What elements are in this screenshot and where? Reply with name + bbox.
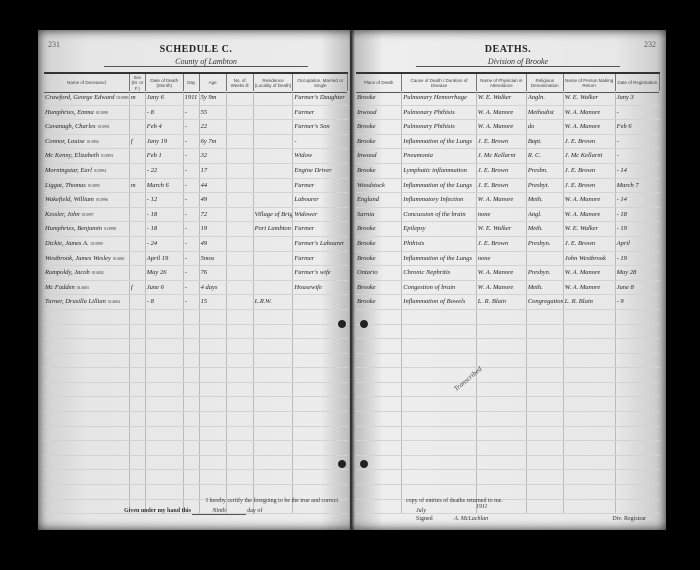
cell-informant: J. E. Brown xyxy=(564,237,616,251)
cell-name: Dickie, James A.013999 xyxy=(44,237,130,251)
empty-cell xyxy=(402,310,477,324)
empty-row xyxy=(356,397,660,412)
year: - xyxy=(185,182,187,189)
column-headers: Place of DeathCause of Death / Duration … xyxy=(356,72,660,93)
month: May 26 xyxy=(147,269,167,276)
empty-cell xyxy=(44,383,130,397)
cell-residence xyxy=(254,149,294,163)
sex: f xyxy=(131,284,133,291)
cell-place: Brooke xyxy=(356,120,402,134)
table-row: Crawford, George Edward013989mJany 61911… xyxy=(44,91,348,106)
empty-cell xyxy=(130,339,146,353)
empty-cell xyxy=(527,412,564,426)
empty-cell xyxy=(44,354,130,368)
cell-age: 6y 7m xyxy=(200,135,227,149)
month: Feb 4 xyxy=(147,123,162,130)
year: - xyxy=(185,225,187,232)
empty-cell xyxy=(130,383,146,397)
cell-year: 1911 xyxy=(184,91,200,105)
empty-cell xyxy=(200,325,227,339)
empty-cell xyxy=(616,412,660,426)
empty-cell xyxy=(402,456,477,470)
cell-sex: f xyxy=(130,135,146,149)
residence: L.R.W. xyxy=(255,298,272,305)
empty-cell xyxy=(146,412,184,426)
column-header: Name of Deceased xyxy=(44,74,130,92)
cell-sex xyxy=(130,164,146,178)
empty-cell xyxy=(293,441,348,455)
registration-number: 014001 xyxy=(113,256,125,261)
table-row: Mc Fadden014003fJune 6-4 daysHousewife xyxy=(44,281,348,296)
empty-cell xyxy=(477,470,527,484)
cell-place: Inwood xyxy=(356,106,402,120)
cell-age: 49 xyxy=(200,237,227,251)
empty-row xyxy=(356,310,660,325)
empty-cell xyxy=(477,368,527,382)
column-header: No. of Weeks ill xyxy=(227,74,254,92)
empty-cell xyxy=(356,354,402,368)
cell-weeks xyxy=(227,193,254,207)
empty-row xyxy=(356,427,660,442)
empty-row xyxy=(44,456,348,471)
empty-cell xyxy=(44,427,130,441)
occupation: Farmer's Labourer xyxy=(294,240,344,247)
empty-cell xyxy=(564,470,616,484)
cell-informant: J. E. Brown xyxy=(564,135,616,149)
registration-number: 013994 xyxy=(94,168,106,173)
month: July xyxy=(416,508,426,514)
cell-occupation: Widower xyxy=(293,208,348,222)
book-gutter xyxy=(350,30,352,530)
empty-cell xyxy=(227,485,254,499)
cell-name: Connor, Louise013992 xyxy=(44,135,130,149)
empty-cell xyxy=(146,383,184,397)
empty-cell xyxy=(200,456,227,470)
occupation: Widow xyxy=(294,152,312,159)
empty-cell xyxy=(254,456,294,470)
empty-cell xyxy=(254,325,294,339)
empty-row xyxy=(44,354,348,369)
cell-informant: W. A. Manore xyxy=(564,281,616,295)
empty-cell xyxy=(527,383,564,397)
cell-month: Feb 1 xyxy=(146,149,184,163)
empty-cell xyxy=(564,368,616,382)
column-header: Day xyxy=(184,74,200,92)
empty-cell xyxy=(254,397,294,411)
year: - xyxy=(185,240,187,247)
cell-occupation: Farmer's Son xyxy=(293,120,348,134)
column-header: Religious Denomination xyxy=(527,74,564,92)
binding-hole xyxy=(338,460,346,468)
occupation: Farmer xyxy=(294,182,314,189)
empty-cell xyxy=(146,456,184,470)
cell-informant: W. E. Walker xyxy=(564,91,616,105)
cell-registered: June 8 xyxy=(616,281,660,295)
empty-cell xyxy=(477,456,527,470)
cell-age: 22 xyxy=(200,120,227,134)
page-title: DEATHS. xyxy=(356,44,660,55)
cell-registered: - 14 xyxy=(616,164,660,178)
year: 1911 xyxy=(185,94,198,101)
cell-sex xyxy=(130,208,146,222)
empty-cell xyxy=(402,485,477,499)
empty-cell xyxy=(477,427,527,441)
cell-informant: W. E. Walker xyxy=(564,222,616,236)
cell-age: 19 xyxy=(200,222,227,236)
column-headers: Name of DeceasedSex (M. or F.)Date of De… xyxy=(44,72,348,93)
cell-sex: m xyxy=(130,91,146,105)
year: - xyxy=(185,152,187,159)
column-header: Cause of Death / Duration of Disease xyxy=(402,74,477,92)
cell-month: May 26 xyxy=(146,266,184,280)
cell-year: - xyxy=(184,222,200,236)
month: - 8 xyxy=(147,298,154,305)
empty-cell xyxy=(564,427,616,441)
table-row: OntarioChronic NephritisW. A. ManorePres… xyxy=(356,266,660,281)
empty-cell xyxy=(184,397,200,411)
cell-place: Inwood xyxy=(356,149,402,163)
cell-sex xyxy=(130,149,146,163)
cell-month: Feb 4 xyxy=(146,120,184,134)
cell-occupation: Farmer's wife xyxy=(293,266,348,280)
empty-cell xyxy=(477,339,527,353)
empty-cell xyxy=(293,427,348,441)
cell-registered: Jany 3 xyxy=(616,91,660,105)
cell-year: - xyxy=(184,106,200,120)
empty-cell xyxy=(616,339,660,353)
cell-age: 55 xyxy=(200,106,227,120)
empty-cell xyxy=(527,470,564,484)
registration-number: 013993 xyxy=(101,153,113,158)
empty-cell xyxy=(200,412,227,426)
cell-informant: L. R. Blain xyxy=(564,295,616,309)
cell-religion: Methodist xyxy=(527,106,564,120)
cell-year: - xyxy=(184,193,200,207)
cell-weeks xyxy=(227,295,254,309)
cell-registered: - 19 xyxy=(616,222,660,236)
empty-cell xyxy=(564,456,616,470)
registration-number: 014004 xyxy=(108,299,120,304)
page-title: SCHEDULE C. xyxy=(44,44,348,55)
year: - xyxy=(185,255,187,262)
empty-cell xyxy=(184,470,200,484)
cell-name: Humphries, Emma013990 xyxy=(44,106,130,120)
cell-physician: J. Mc Kellarni xyxy=(477,149,527,163)
cell-informant: J. E. Brown xyxy=(564,179,616,193)
empty-cell xyxy=(44,441,130,455)
empty-cell xyxy=(564,397,616,411)
empty-row xyxy=(44,427,348,442)
cell-place: Ontario xyxy=(356,266,402,280)
empty-cell xyxy=(564,383,616,397)
cell-weeks xyxy=(227,281,254,295)
cell-registered: - xyxy=(616,106,660,120)
empty-cell xyxy=(616,310,660,324)
cell-cause: Inflammation of Bowels xyxy=(402,295,477,309)
cell-religion: Presbyn. xyxy=(527,237,564,251)
table-row: BrookeLymphatic inflammationJ. E. BrownP… xyxy=(356,164,660,179)
cell-religion: Meth. xyxy=(527,281,564,295)
empty-cell xyxy=(130,412,146,426)
empty-cell xyxy=(616,427,660,441)
cell-place: Brooke xyxy=(356,237,402,251)
cell-residence xyxy=(254,266,294,280)
cell-physician: W. E. Walker xyxy=(477,222,527,236)
empty-cell xyxy=(527,427,564,441)
column-header: Name of Person Making Return xyxy=(564,74,616,92)
empty-row xyxy=(356,354,660,369)
table-row: Connor, Louise013992fJany 19-6y 7m- xyxy=(44,135,348,150)
table-row: Mc Kenny, Elizabeth013993Feb 1-32Widow xyxy=(44,149,348,164)
cell-name: Westbrook, James Wesley014001 xyxy=(44,252,130,266)
age: 15 xyxy=(201,298,208,305)
empty-cell xyxy=(254,427,294,441)
empty-cell xyxy=(44,470,130,484)
column-header: Date of Death (Month) xyxy=(146,74,184,92)
empty-cell xyxy=(130,310,146,324)
empty-row xyxy=(44,441,348,456)
name: Connor, Louise xyxy=(45,138,85,145)
cell-physician: W. A. Manore xyxy=(477,281,527,295)
schedule-c-page: 231 SCHEDULE C. County of Lambton Name o… xyxy=(44,38,348,522)
empty-cell xyxy=(200,427,227,441)
cell-religion: Meth. xyxy=(527,193,564,207)
table-row: InwoodPulmonary PhthisisW. A. ManoreMeth… xyxy=(356,106,660,121)
cell-informant: W. A. Manore xyxy=(564,193,616,207)
cell-weeks xyxy=(227,164,254,178)
cell-informant: John Westbrook xyxy=(564,252,616,266)
registration-number: 013992 xyxy=(87,139,99,144)
empty-cell xyxy=(200,441,227,455)
empty-cell xyxy=(227,325,254,339)
empty-cell xyxy=(356,485,402,499)
occupation: Farmer xyxy=(294,255,314,262)
cell-informant: W. A. Manore xyxy=(564,266,616,280)
cell-name: Crawford, George Edward013989 xyxy=(44,91,130,105)
sex: m xyxy=(131,182,136,189)
cell-physician: L. R. Blain xyxy=(477,295,527,309)
cell-registered: - xyxy=(616,149,660,163)
cell-weeks xyxy=(227,135,254,149)
empty-cell xyxy=(44,310,130,324)
empty-cell xyxy=(254,354,294,368)
cell-registered: April xyxy=(616,237,660,251)
name: Dickie, James A. xyxy=(45,240,89,247)
empty-cell xyxy=(44,339,130,353)
cell-month: June 6 xyxy=(146,281,184,295)
cell-residence: L.R.W. xyxy=(254,295,294,309)
binding-hole xyxy=(360,320,368,328)
cell-registered: - 14 xyxy=(616,193,660,207)
cell-age: 49 xyxy=(200,193,227,207)
cell-month: - 12 xyxy=(146,193,184,207)
table-row: Turner, Drusilla Lillian014004- 8-15L.R.… xyxy=(44,295,348,310)
year: - xyxy=(185,196,187,203)
division-line: Division of Brooke xyxy=(416,57,620,67)
registration-number: 013999 xyxy=(91,241,103,246)
empty-row xyxy=(356,456,660,471)
empty-cell xyxy=(356,470,402,484)
cell-cause: Pulmonary Phthisis xyxy=(402,120,477,134)
empty-cell xyxy=(227,397,254,411)
month: - 12 xyxy=(147,196,157,203)
cell-occupation: Labourer xyxy=(293,193,348,207)
cell-weeks xyxy=(227,237,254,251)
cell-month: - 18 xyxy=(146,222,184,236)
registration-number: 013995 xyxy=(88,183,100,188)
cell-name: Wakefield, William013996 xyxy=(44,193,130,207)
year: - xyxy=(185,269,187,276)
month: April 19 xyxy=(147,255,169,262)
empty-cell xyxy=(564,412,616,426)
empty-cell xyxy=(527,485,564,499)
empty-cell xyxy=(254,412,294,426)
cell-physician: W. A. Manore xyxy=(477,193,527,207)
cell-registered: Feb 6 xyxy=(616,120,660,134)
table-row: Rumpoldy, Jacob014002May 26-76Farmer's w… xyxy=(44,266,348,281)
table-row: Westbrook, James Wesley014001April 19-5m… xyxy=(44,252,348,267)
table-row: Kessler, John013997- 18-72Village of Bri… xyxy=(44,208,348,223)
cell-place: Woodstock xyxy=(356,179,402,193)
cell-sex xyxy=(130,222,146,236)
empty-cell xyxy=(227,339,254,353)
cell-residence: Village of Brigden xyxy=(254,208,294,222)
table-row: Liggat, Thomas013995mMarch 6-44Farmer xyxy=(44,179,348,194)
empty-cell xyxy=(356,339,402,353)
cell-physician: W. A. Manore xyxy=(477,120,527,134)
occupation: Labourer xyxy=(294,196,318,203)
cell-place: Brooke xyxy=(356,281,402,295)
cell-cause: Chronic Nephritis xyxy=(402,266,477,280)
cell-year: - xyxy=(184,281,200,295)
empty-cell xyxy=(184,383,200,397)
empty-cell xyxy=(184,456,200,470)
empty-cell xyxy=(356,500,402,514)
cell-month: - 24 xyxy=(146,237,184,251)
empty-cell xyxy=(146,368,184,382)
cell-religion: do xyxy=(527,120,564,134)
age: 5y 9m xyxy=(201,94,217,101)
year: - xyxy=(185,298,187,305)
empty-cell xyxy=(184,310,200,324)
cell-occupation: Farmer xyxy=(293,106,348,120)
table-row: BrookeInflammation of BowelsL. R. BlainC… xyxy=(356,295,660,310)
given-day: Ninth xyxy=(192,508,245,515)
cell-year: - xyxy=(184,164,200,178)
empty-row xyxy=(44,325,348,340)
column-header: Sex (M. or F.) xyxy=(130,74,146,92)
cell-residence xyxy=(254,281,294,295)
cell-cause: Inflammation of the Lungs xyxy=(402,252,477,266)
column-header: Age xyxy=(200,74,227,92)
cell-residence: Port Lambton xyxy=(254,222,294,236)
empty-cell xyxy=(44,325,130,339)
empty-cell xyxy=(477,412,527,426)
empty-row xyxy=(356,441,660,456)
empty-cell xyxy=(616,383,660,397)
empty-cell xyxy=(293,383,348,397)
cell-registered: May 28 xyxy=(616,266,660,280)
table-row: BrookePulmonary HemorrhageW. E. WalkerAn… xyxy=(356,91,660,106)
table-row: Wakefield, William013996- 12-49Labourer xyxy=(44,193,348,208)
cell-residence xyxy=(254,193,294,207)
empty-cell xyxy=(402,412,477,426)
empty-cell xyxy=(227,354,254,368)
empty-row xyxy=(356,470,660,485)
cell-age: 32 xyxy=(200,149,227,163)
column-header: Occupation, Married or Single xyxy=(293,74,348,92)
cell-month: March 6 xyxy=(146,179,184,193)
empty-row xyxy=(356,412,660,427)
empty-cell xyxy=(564,485,616,499)
column-header: Place of Death xyxy=(356,74,402,92)
empty-cell xyxy=(200,470,227,484)
empty-cell xyxy=(477,397,527,411)
age: 72 xyxy=(201,211,208,218)
cell-religion: Presbyt. xyxy=(527,179,564,193)
empty-row xyxy=(356,368,660,383)
certification-text: I hereby certify the foregoing to be the… xyxy=(206,498,338,504)
empty-cell xyxy=(146,354,184,368)
cell-name: Kessler, John013997 xyxy=(44,208,130,222)
age: 22 xyxy=(201,123,208,130)
empty-cell xyxy=(616,456,660,470)
empty-cell xyxy=(227,470,254,484)
empty-row xyxy=(44,310,348,325)
cell-age: 15 xyxy=(200,295,227,309)
empty-cell xyxy=(200,354,227,368)
empty-cell xyxy=(130,325,146,339)
empty-row xyxy=(44,383,348,398)
occupation: - xyxy=(294,138,296,145)
empty-row xyxy=(44,412,348,427)
cell-weeks xyxy=(227,106,254,120)
empty-cell xyxy=(200,310,227,324)
empty-cell xyxy=(146,339,184,353)
name: Crawford, George Edward xyxy=(45,94,115,101)
cell-age: 4 days xyxy=(200,281,227,295)
cell-year: - xyxy=(184,266,200,280)
empty-cell xyxy=(356,441,402,455)
empty-cell xyxy=(227,456,254,470)
cell-sex xyxy=(130,120,146,134)
cell-weeks xyxy=(227,208,254,222)
empty-cell xyxy=(402,397,477,411)
empty-cell xyxy=(184,325,200,339)
column-header: Date of Registration xyxy=(616,74,660,92)
age: 76 xyxy=(201,269,208,276)
given-under-line: Given under my hand this Ninth day of xyxy=(124,508,262,514)
name: Mc Fadden xyxy=(45,284,75,291)
empty-cell xyxy=(184,368,200,382)
copy-text: copy of entries of deaths returned to me… xyxy=(406,498,650,504)
cell-cause: Lymphatic inflammation xyxy=(402,164,477,178)
empty-cell xyxy=(564,354,616,368)
cell-age: 17 xyxy=(200,164,227,178)
cell-residence xyxy=(254,91,294,105)
age: 6y 7m xyxy=(201,138,217,145)
cell-sex xyxy=(130,237,146,251)
age: 19 xyxy=(201,225,208,232)
occupation: Farmer's Daughter xyxy=(294,94,344,101)
cell-physician: J. E. Brown xyxy=(477,135,527,149)
cell-registered: - 9 xyxy=(616,295,660,309)
cell-month: Jany 19 xyxy=(146,135,184,149)
empty-row xyxy=(44,397,348,412)
cell-registered: March 7 xyxy=(616,179,660,193)
occupation: Farmer's wife xyxy=(294,269,330,276)
year: - xyxy=(185,167,187,174)
